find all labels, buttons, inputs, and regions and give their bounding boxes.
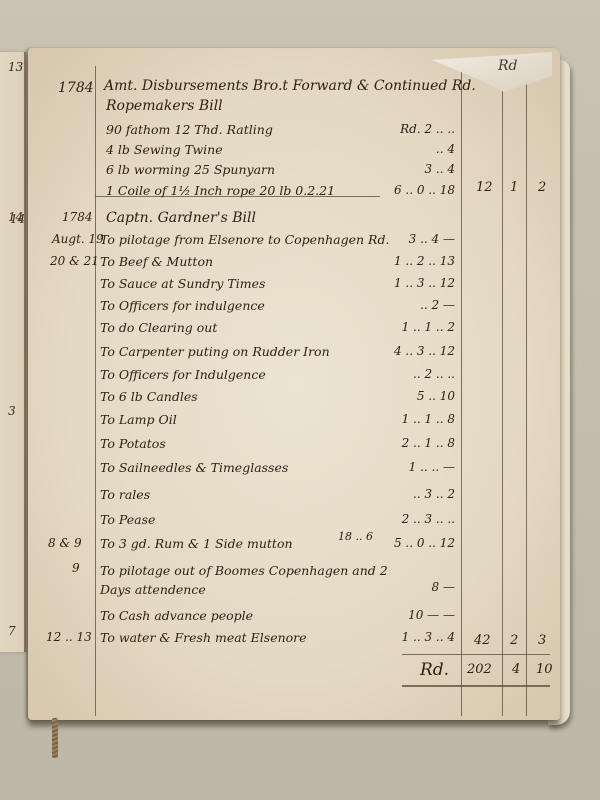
entry-amount: 1 .. 1 .. 2 — [355, 320, 455, 334]
entry-description: 90 fathom 12 Thd. Ratling — [106, 122, 273, 137]
mk-column-rule — [502, 66, 503, 716]
rd-column-rule — [461, 66, 462, 716]
entry-amount: 2 .. 3 .. .. — [355, 512, 455, 526]
entry-amount: 10 — — — [355, 608, 455, 622]
entry-description: 1 Coile of 1½ Inch rope 20 lb 0.2.21 — [106, 183, 335, 198]
binding-string — [52, 718, 58, 758]
left-page-number: 7 — [8, 624, 16, 638]
subtotal-sk: 2 — [538, 180, 546, 195]
subtotal-rd: 42 — [474, 633, 491, 648]
entry-description: To Beef & Mutton — [100, 254, 213, 269]
header-year: 1784 — [58, 80, 94, 96]
entry-description: To Officers for indulgence — [100, 298, 265, 313]
subtotal-rd: 12 — [476, 180, 493, 195]
left-page-number: 3 — [8, 404, 16, 418]
entry-description: 4 lb Sewing Twine — [106, 142, 223, 157]
subtotal-sk: 3 — [538, 633, 546, 648]
entry-date: Augt. 19 — [52, 232, 104, 246]
total-rule — [402, 685, 550, 687]
entry-description: 6 lb worming 25 Spunyarn — [106, 162, 275, 177]
entry-description: To Cash advance people — [100, 608, 253, 623]
entry-amount: 3 .. 4 — [355, 162, 455, 176]
entry-description: To water & Fresh meat Elsenore — [100, 630, 307, 645]
entry-amount: .. 2 — — [355, 298, 455, 312]
total-label: Rd. — [420, 660, 449, 680]
subtotal-mk: 1 — [510, 180, 518, 195]
entry-date: 12 .. 13 — [46, 630, 92, 644]
subtotal-rule — [402, 654, 550, 655]
entry-description: To Lamp Oil — [100, 412, 177, 427]
entry-amount: 3 .. 4 — — [355, 232, 455, 246]
page-ref: 14 — [10, 212, 25, 226]
total-sk: 10 — [536, 662, 553, 677]
header-title: Amt. Disbursements Bro.t Forward & Conti… — [104, 78, 476, 94]
section-title: Captn. Gardner's Bill — [106, 210, 256, 226]
entry-description: To Pease — [100, 512, 155, 527]
entry-description: To do Clearing out — [100, 320, 217, 335]
entry-amount: 2 .. 1 .. 8 — [355, 436, 455, 450]
entry-description: To Sailneedles & Timeglasses — [100, 460, 288, 475]
entry-amount: 5 .. 0 .. 12 — [375, 536, 455, 550]
entry-amount: 8 — — [355, 580, 455, 594]
entry-amount: 1 .. .. — — [355, 460, 455, 474]
entry-description: To Officers for Indulgence — [100, 367, 266, 382]
entry-amount: 1 .. 1 .. 8 — [355, 412, 455, 426]
section-title: Ropemakers Bill — [106, 98, 223, 114]
entry-amount: .. 3 .. 2 — [355, 487, 455, 501]
entry-date: 8 & 9 — [48, 536, 82, 550]
left-page-number: 13 — [8, 60, 23, 74]
entry-amount: .. 4 — [355, 142, 455, 156]
entry-amount: 4 .. 3 .. 12 — [355, 344, 455, 358]
entry-description: To Carpenter puting on Rudder Iron — [100, 344, 330, 359]
entry-amount: 1 .. 3 .. 4 — [355, 630, 455, 644]
facing-left-page: 13 14 3 7 — [0, 52, 26, 652]
subtotal-mk: 2 — [510, 633, 518, 648]
date-column-rule — [95, 66, 96, 716]
entry-description: To Sauce at Sundry Times — [100, 276, 265, 291]
total-rd: 202 — [467, 662, 492, 677]
entry-date: 20 & 21 — [50, 254, 99, 268]
fold-mark: Rd — [498, 58, 518, 74]
entry-description: To rales — [100, 487, 150, 502]
section-year: 1784 — [62, 210, 93, 224]
entry-description: To Potatos — [100, 436, 166, 451]
entry-note: 18 .. 6 — [338, 530, 373, 543]
entry-amount: .. 2 .. .. — [355, 367, 455, 381]
entry-amount: 5 .. 10 — [355, 389, 455, 403]
entry-amount: 6 .. 0 .. 18 — [355, 183, 455, 197]
entry-description: To 6 lb Candles — [100, 389, 198, 404]
sk-column-rule — [526, 66, 527, 716]
entry-date: 9 — [72, 561, 80, 575]
total-mk: 4 — [512, 662, 520, 677]
entry-description: To 3 gd. Rum & 1 Side mutton — [100, 536, 293, 551]
entry-amount: 1 .. 2 .. 13 — [355, 254, 455, 268]
entry-amount: Rd. 2 .. .. — [355, 122, 455, 136]
entry-amount: 1 .. 3 .. 12 — [355, 276, 455, 290]
entry-description: To pilotage from Elsenore to Copenhagen … — [100, 232, 389, 247]
